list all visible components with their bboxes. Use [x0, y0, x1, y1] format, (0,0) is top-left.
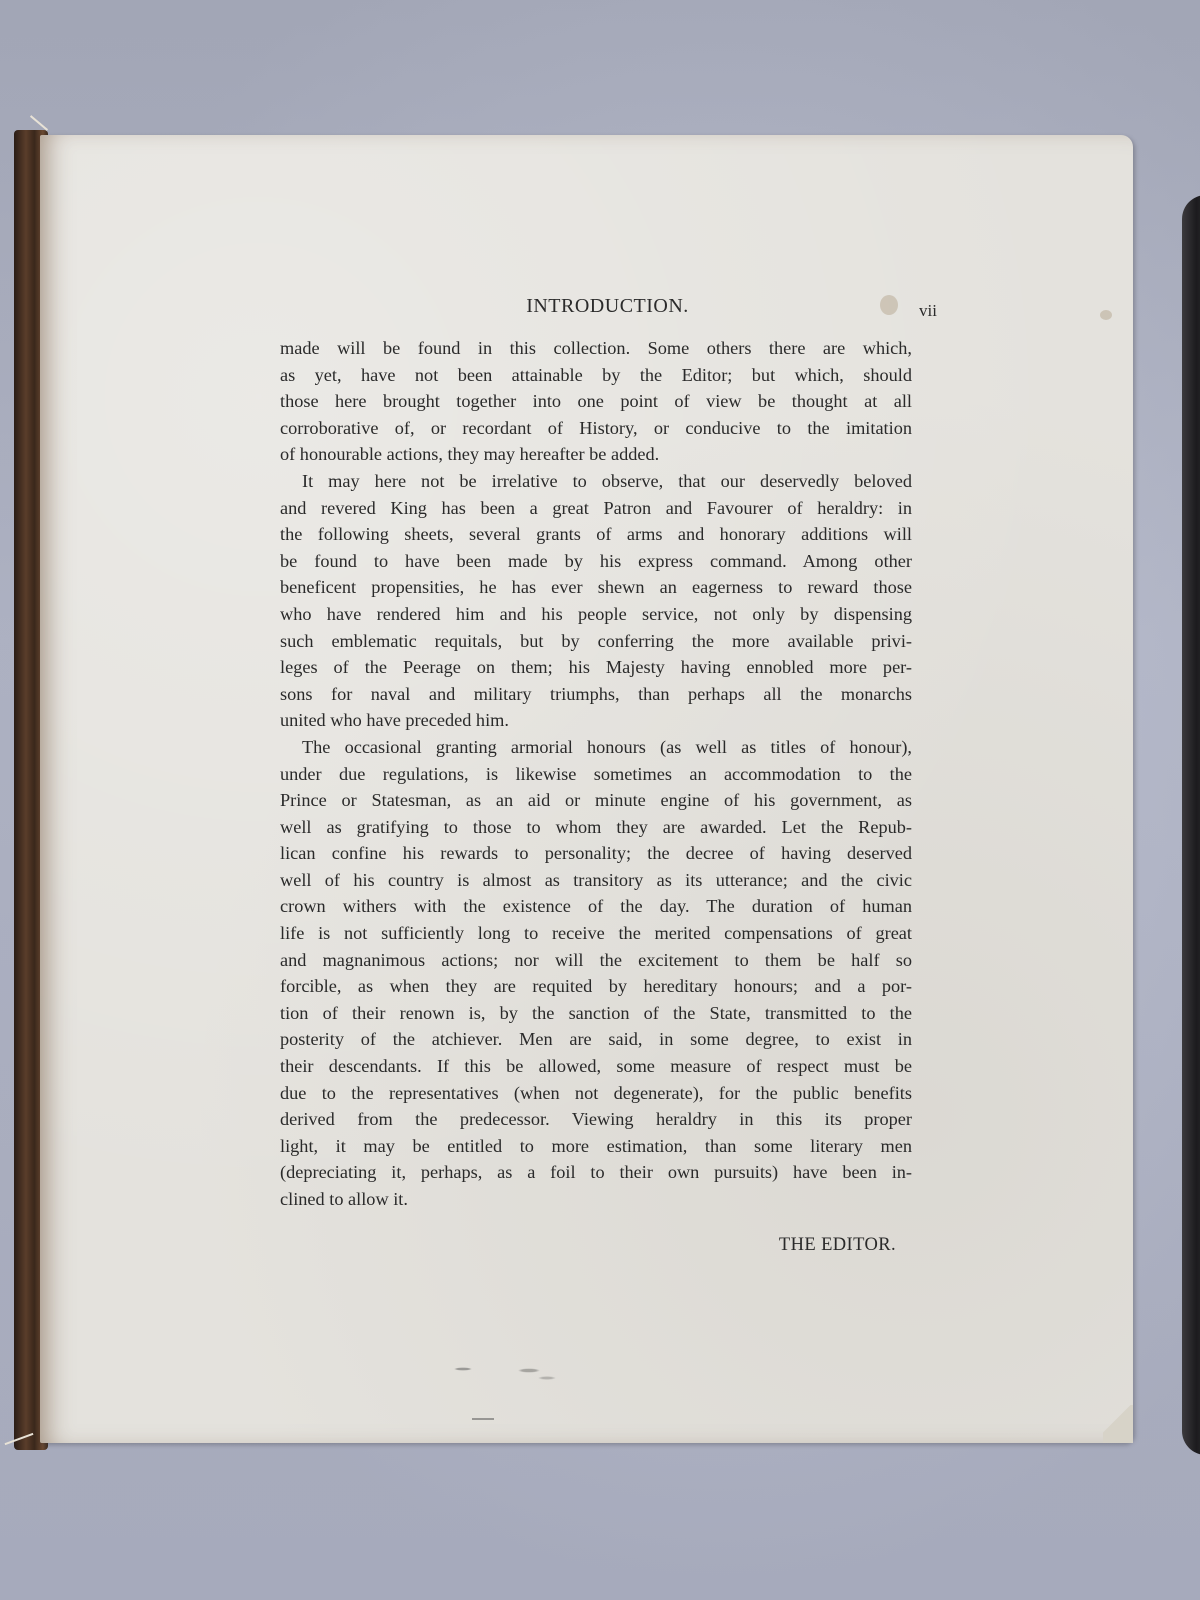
- page-number: vii: [919, 301, 937, 321]
- text-line: crown withers with the existence of the …: [280, 893, 912, 920]
- text-line: united who have preceded him.: [280, 707, 912, 734]
- text-line: such emblematic requitals, but by confer…: [280, 628, 912, 655]
- text-line: sons for naval and military triumphs, th…: [280, 681, 912, 708]
- text-line: and magnanimous actions; nor will the ex…: [280, 947, 912, 974]
- text-line: who have rendered him and his people ser…: [280, 601, 912, 628]
- book-cover-edge: [1182, 195, 1200, 1455]
- text-line: life is not sufficiently long to receive…: [280, 920, 912, 947]
- text-line: posterity of the atchiever. Men are said…: [280, 1026, 912, 1053]
- text-line: and revered King has been a great Patron…: [280, 495, 912, 522]
- text-line: well as gratifying to those to whom they…: [280, 814, 912, 841]
- running-title: INTRODUCTION.: [280, 295, 935, 318]
- text-line: their descendants. If this be allowed, s…: [280, 1053, 912, 1080]
- text-line: be found to have been made by his expres…: [280, 548, 912, 575]
- book-page: INTRODUCTION. vii made will be found in …: [40, 135, 1133, 1443]
- text-line: It may here not be irrelative to observe…: [280, 468, 912, 495]
- ink-offset-mark: [472, 1418, 494, 1420]
- signature: THE EDITOR.: [280, 1235, 896, 1256]
- running-header: INTRODUCTION. vii: [280, 295, 935, 323]
- text-line: beneficent propensities, he has ever she…: [280, 574, 912, 601]
- text-line: the following sheets, several grants of …: [280, 521, 912, 548]
- text-line: corroborative of, or recordant of Histor…: [280, 415, 912, 442]
- text-line: those here brought together into one poi…: [280, 388, 912, 415]
- text-line: clined to allow it.: [280, 1186, 912, 1213]
- text-line: tion of their renown is, by the sanction…: [280, 1000, 912, 1027]
- foxing-stain: [1100, 310, 1112, 320]
- text-line: lican confine his rewards to personality…: [280, 840, 912, 867]
- folded-corner: [1103, 1405, 1133, 1443]
- text-line: The occasional granting armorial honours…: [280, 734, 912, 761]
- text-line: (depreciating it, perhaps, as a foil to …: [280, 1159, 912, 1186]
- text-line: as yet, have not been attainable by the …: [280, 362, 912, 389]
- text-line: light, it may be entitled to more estima…: [280, 1133, 912, 1160]
- body-text: made will be found in this collection. S…: [280, 335, 912, 1213]
- ink-offset-smudge: [445, 1357, 565, 1387]
- text-line: derived from the predecessor. Viewing he…: [280, 1106, 912, 1133]
- text-line: Prince or Statesman, as an aid or minute…: [280, 787, 912, 814]
- text-line: due to the representatives (when not deg…: [280, 1080, 912, 1107]
- text-line: forcible, as when they are requited by h…: [280, 973, 912, 1000]
- text-line: of honourable actions, they may hereafte…: [280, 441, 912, 468]
- text-line: leges of the Peerage on them; his Majest…: [280, 654, 912, 681]
- text-line: well of his country is almost as transit…: [280, 867, 912, 894]
- text-line: made will be found in this collection. S…: [280, 335, 912, 362]
- text-line: under due regulations, is likewise somet…: [280, 761, 912, 788]
